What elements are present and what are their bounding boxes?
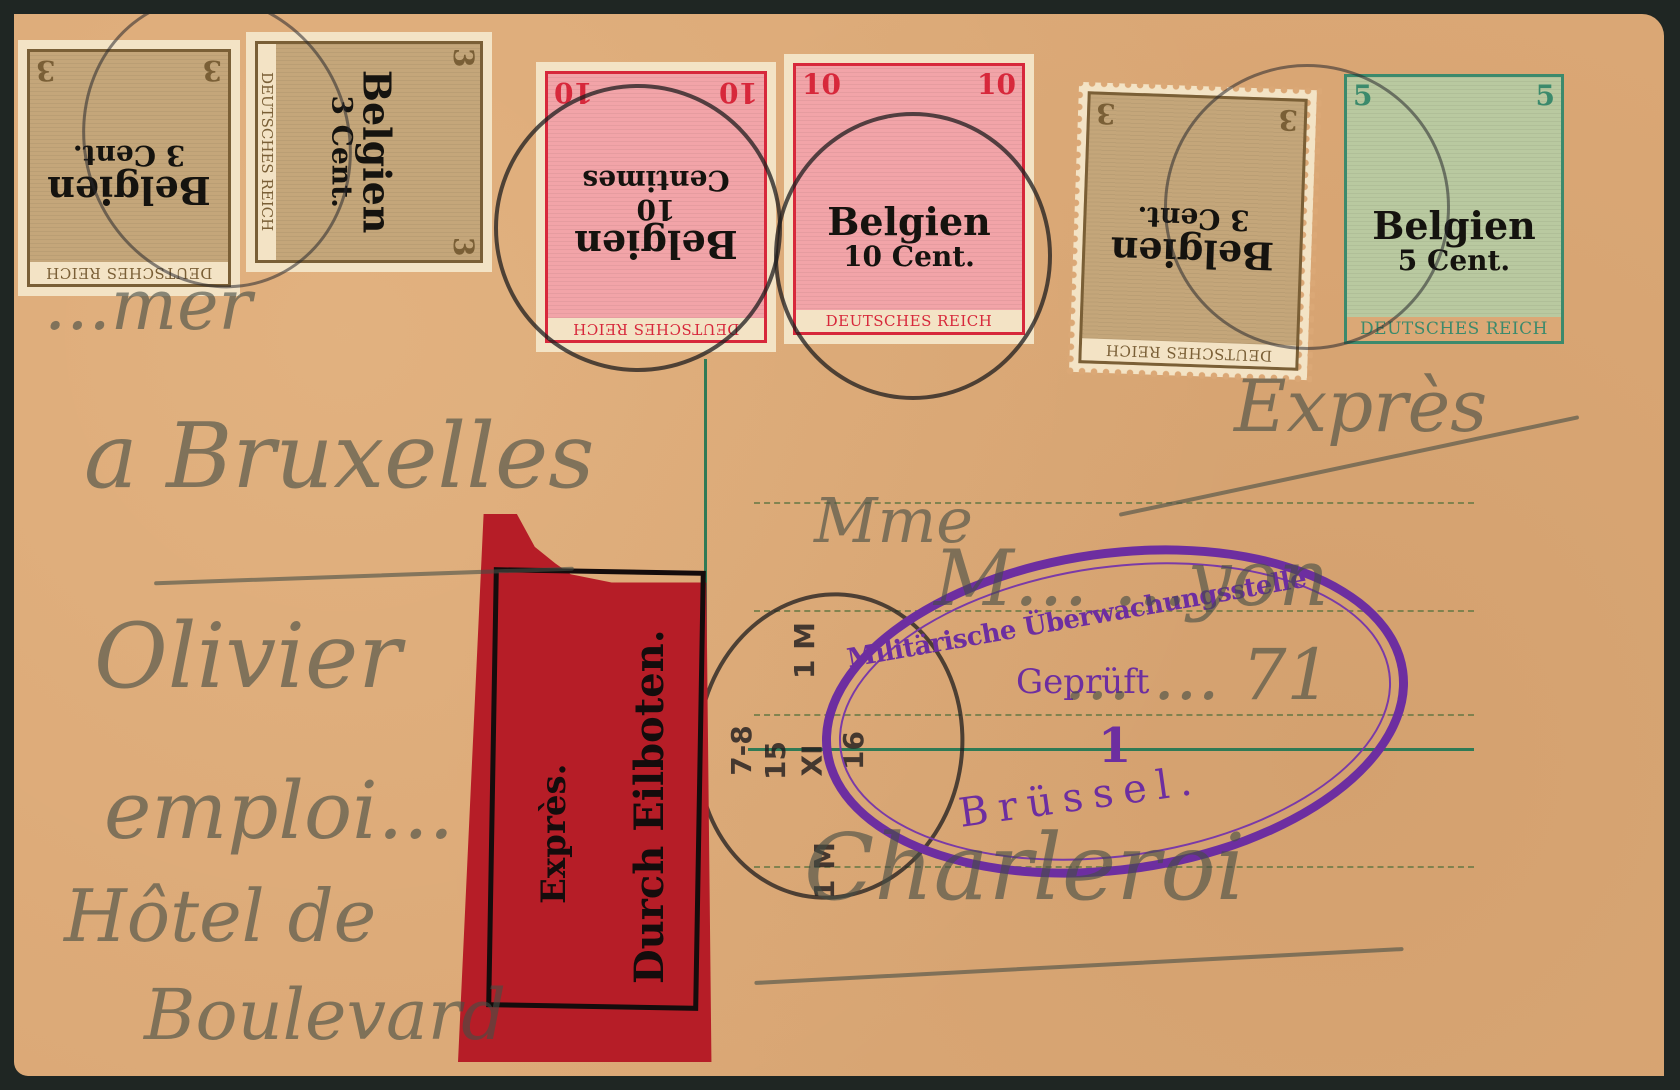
germania-portrait: Belgien 3 Cent. (1114, 132, 1271, 344)
stamp-10-centimes-inverted: DEUTSCHES REICH Belgien 10 Centimes 1010 (536, 62, 776, 352)
stamp-3-cent-sideways: DEUTSCHES REICH Belgien 3 Cent. 3 3 (246, 32, 492, 272)
handwriting-sender-line: ...mer (44, 264, 252, 346)
germania-portrait: Belgien 3 Cent. (276, 117, 447, 186)
stamp-country: DEUTSCHES REICH (258, 44, 276, 260)
overprint-value: 3 Cent. (327, 70, 356, 234)
stamp-value: 3 (447, 237, 480, 256)
stamp-3-cent-inverted: DEUTSCHES REICH Belgien 3 Cent. 33 (18, 40, 240, 296)
overprint-country: Belgien (1372, 206, 1536, 246)
stamp-value: 5 (1536, 79, 1555, 112)
express-label-german: Durch Eilboten. (626, 584, 673, 984)
imprinted-stamp-5-cent: DEUTSCHES REICH Belgien 5 Cent. 55 (1344, 74, 1564, 344)
postmark-suffix: 1 M (788, 622, 821, 679)
stamp-country: DEUTSCHES REICH (1347, 317, 1561, 341)
handwriting-recipient-line: ... ... 71 (1064, 634, 1331, 716)
handwriting-recipient-line: M... ...yon (934, 534, 1329, 624)
overprint-value: 3 Cent. (1111, 201, 1275, 236)
handwriting-recipient-line: Charleroi (804, 814, 1245, 921)
overprint-country: Belgien (1110, 230, 1275, 276)
stamp-value: 10 (802, 68, 841, 101)
pencil-underline (754, 947, 1403, 985)
postcard: DEUTSCHES REICH Belgien 3 Cent. 33 DEUTS… (14, 14, 1664, 1076)
overprint-country: Belgien (356, 70, 396, 234)
overprint-value: 5 Cent. (1372, 246, 1536, 275)
overprint-value: 10 Centimes (574, 165, 738, 224)
stamp-value: 3 (1095, 97, 1116, 131)
stamp-value: 10 (977, 68, 1016, 101)
handwriting-sender-line: Olivier (94, 604, 401, 709)
germania-portrait: Belgien 10 Cent. (830, 103, 988, 310)
overprint-country: Belgien (827, 202, 991, 242)
stamp-country: DEUTSCHES REICH (548, 318, 764, 340)
stamp-value: 10 (719, 76, 758, 109)
express-label-french: Exprès. (534, 704, 574, 904)
stamp-value: 3 (447, 48, 480, 67)
postmark-day: 15 (759, 741, 792, 780)
overprint-country: Belgien (574, 224, 738, 264)
stamp-value: 3 (36, 54, 55, 87)
germania-portrait: Belgien 10 Centimes (580, 111, 731, 318)
stamp-value: 3 (1278, 103, 1299, 137)
handwriting-sender-line: Hôtel de (64, 874, 376, 958)
germania-portrait: Belgien 5 Cent. (1379, 114, 1529, 317)
stamp-value: 3 (203, 54, 222, 87)
stamp-value: 10 (554, 76, 593, 109)
stamp-10-cent: DEUTSCHES REICH Belgien 10 Cent. 1010 (784, 54, 1034, 344)
censor-stamp-number: 1 (1098, 718, 1131, 774)
handwriting-sender-line: emploi... (104, 764, 454, 857)
overprint-value: 3 Cent. (47, 141, 211, 170)
handwriting-express: Exprès (1234, 364, 1487, 448)
handwriting-sender-line: Boulevard (144, 974, 506, 1056)
overprint-country: Belgien (47, 170, 211, 210)
stamp-3-cent-inverted-2: DEUTSCHES REICH Belgien 3 Cent. 33 (1069, 82, 1317, 380)
postmark-time: 7-8 (725, 725, 758, 776)
germania-portrait: Belgien 3 Cent. (60, 89, 199, 262)
overprint-value: 10 Cent. (827, 242, 991, 271)
handwriting-sender-line: a Bruxelles (84, 404, 594, 509)
stamp-country: DEUTSCHES REICH (796, 310, 1022, 332)
stamp-value: 5 (1353, 79, 1372, 112)
